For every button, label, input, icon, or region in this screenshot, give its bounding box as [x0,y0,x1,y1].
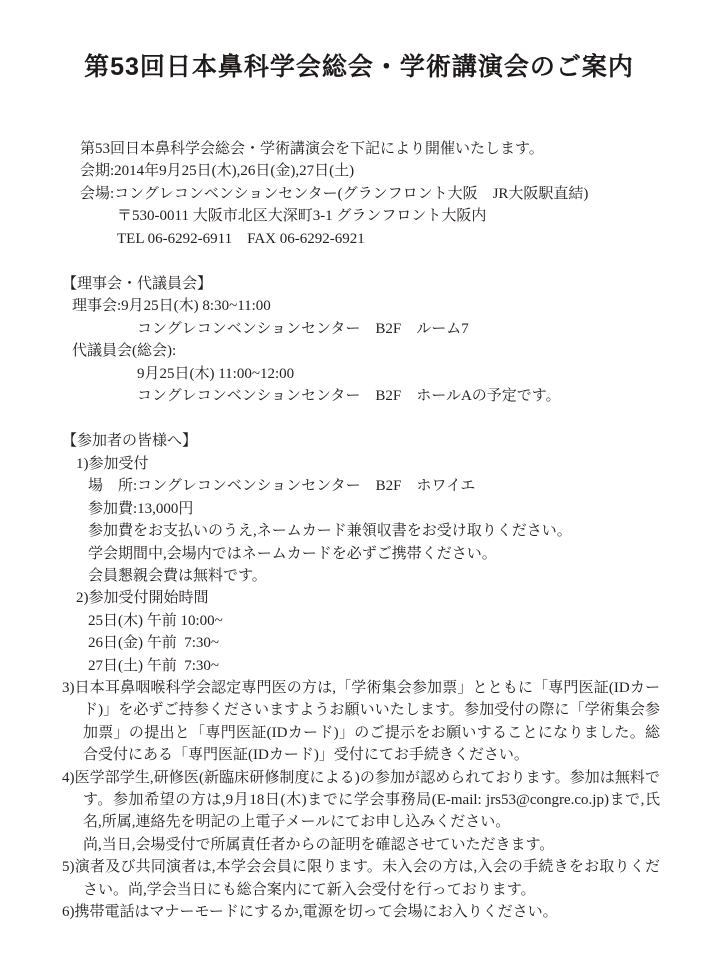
item3-paragraph: 3)日本耳鼻咽喉科学会認定専門医の方は,「学術集会参加票」とともに「専門医証(I… [83,677,660,767]
item4-text: 医学部学生,研修医(新臨床研修制度による)の参加が認められております。参加は無料… [75,770,661,831]
item1-number: 1) [76,456,89,472]
item1-place-line: 場 所:コングレコンベンションセンター B2F ホワイエ [88,475,718,497]
item5-number: 5) [62,859,75,875]
intro-section: 第53回日本鼻科学会総会・学術講演会を下記により開催いたします。 会期:2014… [0,138,718,250]
board-meeting-line: 理事会:9月25日(木) 8:30~11:00 [72,295,718,317]
intro-opening-line: 第53回日本鼻科学会総会・学術講演会を下記により開催いたします。 [80,138,718,160]
document-page: 第53回日本鼻科学会総会・学術講演会のご案内 第53回日本鼻科学会総会・学術講演… [0,0,718,966]
item1-fee-line: 参加費:13,000円 [88,498,718,520]
item2-day1-line: 25日(木) 午前 10:00~ [88,610,718,632]
board-venue-line: コングレコンベンションセンター B2F ルーム7 [137,318,718,340]
item6-paragraph: 6)携帯電話はマナーモードにするか,電源を切って会場にお入りください。 [83,901,660,923]
council-time-line: 9月25日(木) 11:00~12:00 [137,363,718,385]
item4-note-line: 尚,当日,会場受付で所属責任者からの証明を確認させていただきます。 [83,834,660,856]
intro-telfax-line: TEL 06-6292-6911 FAX 06-6292-6921 [117,228,718,250]
item2-day3-line: 27日(土) 午前 7:30~ [88,655,718,677]
item1-banquet-line: 会員懇親会費は無料です。 [88,565,718,587]
item1-heading-line: 1)参加受付 [76,453,718,475]
item2-heading-line: 2)参加受付開始時間 [76,587,718,609]
intro-address-line: 〒530-0011 大阪市北区大深町3-1 グランフロント大阪内 [117,205,718,227]
item4-paragraph: 4)医学部学生,研修医(新臨床研修制度による)の参加が認められております。参加は… [83,767,660,834]
board-council-section: 【理事会・代議員会】 理事会:9月25日(木) 8:30~11:00 コングレコ… [0,273,718,407]
item1-title: 参加受付 [89,456,149,472]
item5-paragraph: 5)演者及び共同演者は,本学会会員に限ります。未入会の方は,入会の手続きをお取り… [83,856,660,901]
council-heading-line: 代議員会(総会): [72,340,718,362]
participants-section-heading: 【参加者の皆様へ】 [62,430,718,452]
item6-number: 6) [62,904,75,920]
item2-title: 参加受付開始時間 [89,590,209,606]
item2-day2-line: 26日(金) 午前 7:30~ [88,632,718,654]
item3-number: 3) [62,680,75,696]
item1-namecard-line: 学会期間中,会場内ではネームカードを必ずご携帯ください。 [88,543,718,565]
item2-number: 2) [76,590,89,606]
item6-text: 携帯電話はマナーモードにするか,電源を切って会場にお入りください。 [75,904,558,920]
participants-section: 【参加者の皆様へ】 1)参加受付 場 所:コングレコンベンションセンター B2F… [0,430,718,923]
item5-text: 演者及び共同演者は,本学会会員に限ります。未入会の方は,入会の手続きをお取りくだ… [75,859,661,897]
council-venue-line: コングレコンベンションセンター B2F ホールAの予定です。 [137,385,718,407]
item1-receipt-line: 参加費をお支払いのうえ,ネームカード兼領収書をお受け取りください。 [88,520,718,542]
intro-dates-line: 会期:2014年9月25日(木),26日(金),27日(土) [80,160,718,182]
board-section-heading: 【理事会・代議員会】 [62,273,718,295]
intro-venue-line: 会場:コングレコンベンションセンター(グランフロント大阪 JR大阪駅直結) [80,183,718,205]
page-title: 第53回日本鼻科学会総会・学術講演会のご案内 [0,50,718,84]
item3-text: 日本耳鼻咽喉科学会認定専門医の方は,「学術集会参加票」とともに「専門医証(IDカ… [75,680,661,763]
item4-number: 4) [62,770,75,786]
